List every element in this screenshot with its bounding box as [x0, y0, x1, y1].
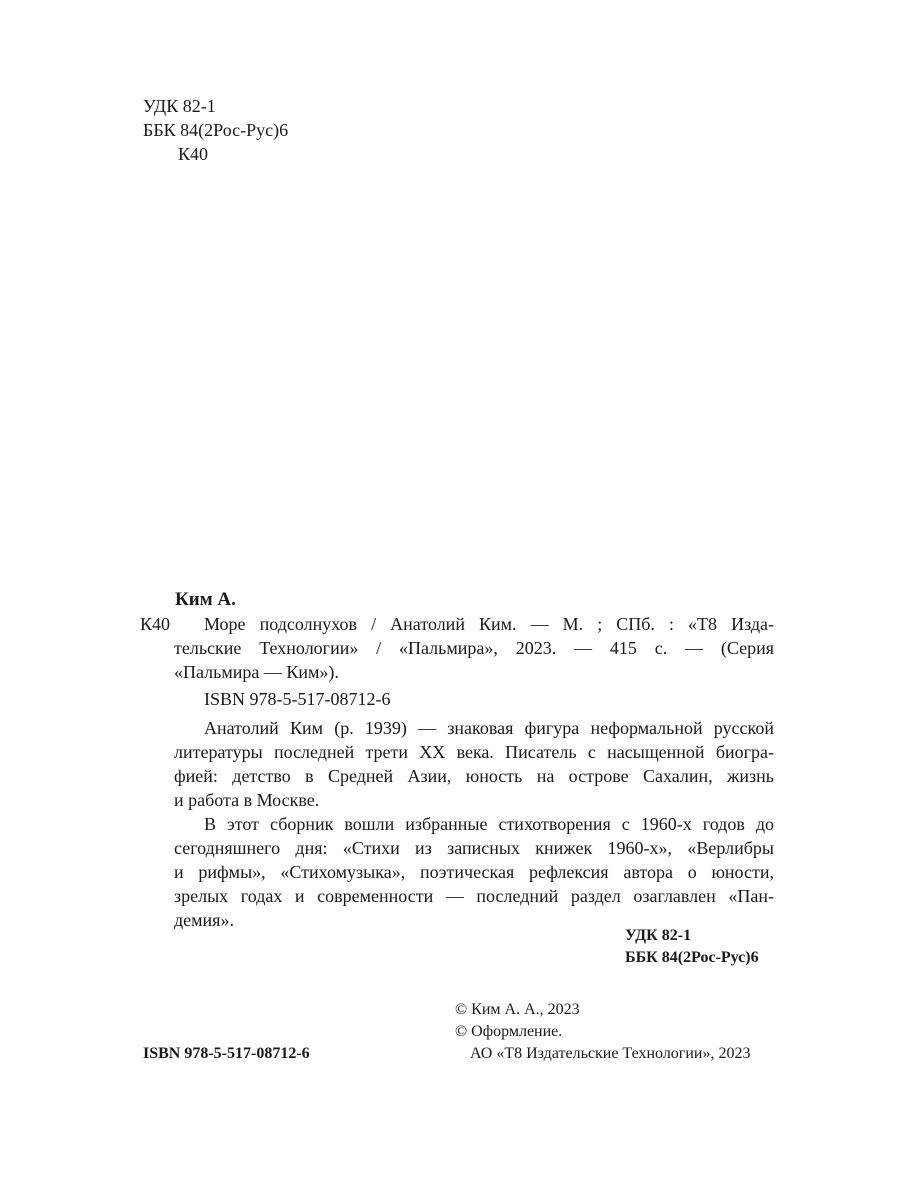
annotation-line: фией: детство в Средней Азии, юность на …	[174, 764, 774, 788]
annotation-line: и рифмы», «Стихомузыка», поэтическая реф…	[174, 860, 774, 884]
copyright-design: © Оформление.	[455, 1021, 562, 1043]
bbk-code: ББК 84(2Рос-Рус)6	[143, 118, 288, 142]
footer-isbn: ISBN 978-5-517-08712-6	[143, 1043, 310, 1065]
bottom-udk-code: УДК 82-1	[625, 925, 691, 947]
annotation-line: демия».	[174, 908, 234, 932]
udk-code: УДК 82-1	[143, 94, 216, 118]
annotation-line: Анатолий Ким (р. 1939) — знаковая фигура…	[204, 716, 774, 740]
bottom-bbk-code: ББК 84(2Рос-Рус)6	[625, 947, 759, 969]
copyright-author: © Ким А. А., 2023	[455, 999, 580, 1021]
description-line: тельские Технологии» / «Пальмира», 2023.…	[174, 636, 774, 660]
annotation-line: сегодняшнего дня: «Стихи из записных кни…	[174, 836, 774, 860]
annotation-line: зрелых годах и современности — последний…	[174, 884, 774, 908]
record-author-sign: К40	[140, 612, 170, 636]
annotation-line: и работа в Москве.	[174, 788, 319, 812]
annotation-line: В этот сборник вошли избранные стихотвор…	[204, 812, 774, 836]
copyright-publisher: АО «Т8 Издательские Технологии», 2023	[470, 1043, 751, 1065]
record-isbn: ISBN 978-5-517-08712-6	[204, 687, 391, 711]
author-sign: К40	[178, 142, 208, 166]
description-line: «Пальмира — Ким»).	[174, 660, 339, 684]
author-heading: Ким А.	[175, 588, 236, 612]
annotation-line: литературы последней трети XX века. Писа…	[174, 740, 774, 764]
description-line: Море подсолнухов / Анатолий Ким. — М. ; …	[204, 612, 774, 636]
